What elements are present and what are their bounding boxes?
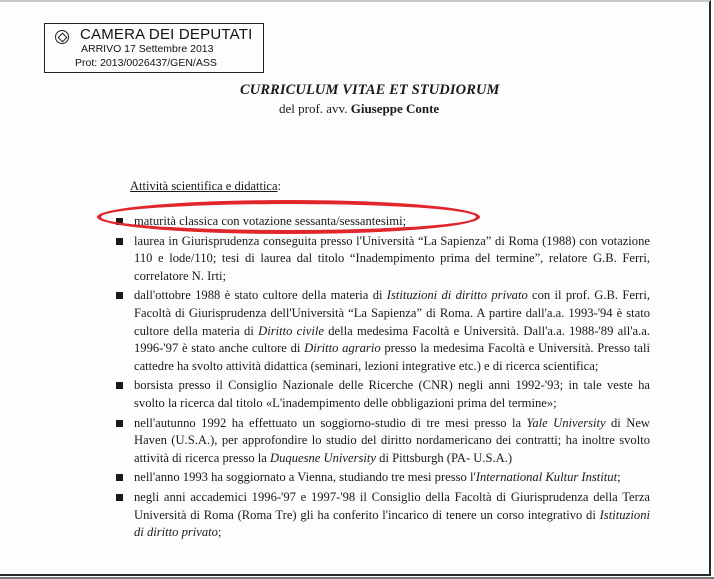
square-bullet-icon (116, 382, 123, 389)
arrival-stamp: CAMERA DEI DEPUTATI ARRIVO 17 Settembre … (44, 23, 264, 73)
list-item: nell'anno 1993 ha soggiornato a Vienna, … (112, 469, 650, 487)
square-bullet-icon (116, 420, 123, 427)
square-bullet-icon (116, 238, 123, 245)
activity-list: maturità classica con votazione sessanta… (112, 213, 650, 542)
author-name: Giuseppe Conte (351, 101, 439, 116)
list-item-text: maturità classica con votazione sessanta… (134, 214, 406, 228)
document-subtitle: del prof. avv. Giuseppe Conte (279, 101, 439, 117)
list-item: dall'ottobre 1988 è stato cultore della … (112, 287, 650, 375)
square-bullet-icon (116, 292, 123, 299)
list-item-text: borsista presso il Consiglio Nazionale d… (134, 378, 650, 410)
list-item-text: nell'autunno 1992 ha effettuato un soggi… (134, 416, 650, 465)
section-heading: Attività scientifica e didattica: (130, 179, 281, 194)
list-item-text: nell'anno 1993 ha soggiornato a Vienna, … (134, 470, 621, 484)
document-page: CAMERA DEI DEPUTATI ARRIVO 17 Settembre … (0, 0, 711, 576)
subtitle-prefix: del prof. avv. (279, 101, 351, 116)
list-item: negli anni accademici 1996-'97 e 1997-'9… (112, 489, 650, 542)
list-item: laurea in Giurisprudenza conseguita pres… (112, 233, 650, 286)
stamp-institution: CAMERA DEI DEPUTATI (80, 26, 252, 43)
section-heading-colon: : (278, 179, 281, 194)
square-bullet-icon (116, 494, 123, 501)
stamp-protocol-number: Prot: 2013/0026437/GEN/ASS (75, 57, 217, 69)
list-item-text: dall'ottobre 1988 è stato cultore della … (134, 288, 650, 372)
italian-emblem-icon (55, 30, 69, 44)
square-bullet-icon (116, 218, 123, 225)
document-title: CURRICULUM VITAE ET STUDIORUM (240, 82, 500, 99)
list-item: maturità classica con votazione sessanta… (112, 213, 650, 231)
list-item-text: negli anni accademici 1996-'97 e 1997-'9… (134, 490, 650, 539)
list-item: nell'autunno 1992 ha effettuato un soggi… (112, 415, 650, 468)
list-item: borsista presso il Consiglio Nazionale d… (112, 377, 650, 412)
stamp-arrival-date: ARRIVO 17 Settembre 2013 (81, 43, 214, 55)
list-item-text: laurea in Giurisprudenza conseguita pres… (134, 234, 650, 283)
section-heading-text: Attività scientifica e didattica (130, 179, 278, 193)
square-bullet-icon (116, 474, 123, 481)
